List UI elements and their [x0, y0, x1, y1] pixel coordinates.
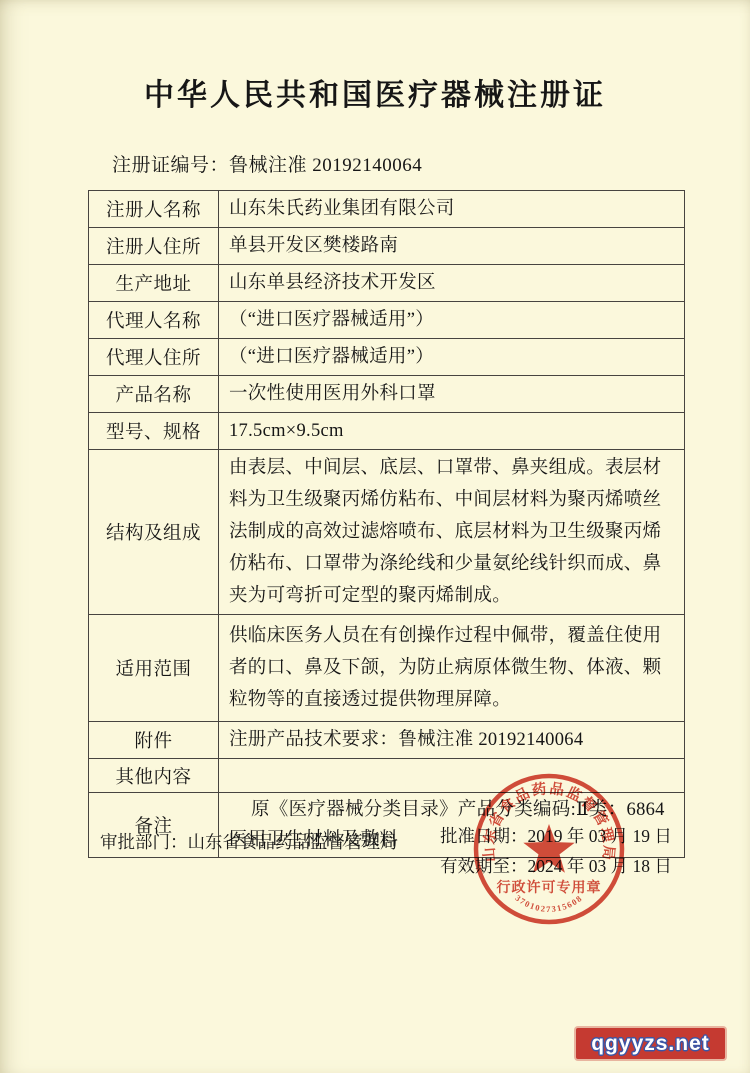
table-row: 附件 注册产品技术要求：鲁械注准 20192140064: [89, 722, 685, 759]
table-row: 代理人名称 （“进口医疗器械适用”）: [89, 302, 685, 339]
row-value: 17.5cm×9.5cm: [219, 413, 685, 450]
row-value: 山东单县经济技术开发区: [219, 265, 685, 302]
row-value: 一次性使用医用外科口罩: [219, 376, 685, 413]
seal-star-icon: [523, 824, 574, 873]
watermark-text: qgyyzs.net: [591, 1032, 710, 1056]
official-seal: 山东省食品药品监督管理局 行政许可专用章 3701027315608: [469, 769, 629, 929]
row-label: 结构及组成: [89, 450, 219, 615]
row-value: 由表层、中间层、底层、口罩带、鼻夹组成。表层材料为卫生级聚丙烯仿粘布、中间层材料…: [219, 450, 685, 615]
row-label: 代理人住所: [89, 339, 219, 376]
row-label: 注册人住所: [89, 228, 219, 265]
table-row: 适用范围 供临床医务人员在有创操作过程中佩带，覆盖住使用者的口、鼻及下颌，为防止…: [89, 615, 685, 722]
row-label: 附件: [89, 722, 219, 759]
watermark-badge: qgyyzs.net: [576, 1028, 725, 1059]
row-label: 型号、规格: [89, 413, 219, 450]
table-row: 代理人住所 （“进口医疗器械适用”）: [89, 339, 685, 376]
table-row: 型号、规格 17.5cm×9.5cm: [89, 413, 685, 450]
row-label: 注册人名称: [89, 191, 219, 228]
row-value: （“进口医疗器械适用”）: [219, 339, 685, 376]
row-label: 代理人名称: [89, 302, 219, 339]
certificate-table: 注册人名称 山东朱氏药业集团有限公司 注册人住所 单县开发区樊楼路南 生产地址 …: [88, 190, 685, 858]
seal-type-text: 行政许可专用章: [497, 879, 602, 896]
table-row: 注册人名称 山东朱氏药业集团有限公司: [89, 191, 685, 228]
row-value: （“进口医疗器械适用”）: [219, 302, 685, 339]
table-row: 生产地址 山东单县经济技术开发区: [89, 265, 685, 302]
row-label: 其他内容: [89, 759, 219, 793]
cert-number-line: 注册证编号：鲁械注准 20192140064: [112, 150, 422, 177]
table-row: 注册人住所 单县开发区樊楼路南: [89, 228, 685, 265]
table-row: 结构及组成 由表层、中间层、底层、口罩带、鼻夹组成。表层材料为卫生级聚丙烯仿粘布…: [89, 450, 685, 615]
cert-number-value: 鲁械注准 20192140064: [229, 155, 422, 176]
row-label: 适用范围: [89, 615, 219, 722]
certificate-page: 中华人民共和国医疗器械注册证 注册证编号：鲁械注准 20192140064 注册…: [0, 0, 750, 1073]
row-value: 山东朱氏药业集团有限公司: [219, 191, 685, 228]
table-row: 产品名称 一次性使用医用外科口罩: [89, 376, 685, 413]
approval-department: 审批部门：山东省食品药品监督管理局: [100, 829, 398, 854]
row-label: 生产地址: [89, 265, 219, 302]
row-label: 产品名称: [89, 376, 219, 413]
row-value: 注册产品技术要求：鲁械注准 20192140064: [219, 722, 685, 759]
row-value: 单县开发区樊楼路南: [219, 228, 685, 265]
cert-number-label: 注册证编号：: [112, 155, 229, 176]
row-value: 供临床医务人员在有创操作过程中佩带，覆盖住使用者的口、鼻及下颌，为防止病原体微生…: [219, 615, 685, 722]
document-title: 中华人民共和国医疗器械注册证: [0, 70, 750, 114]
